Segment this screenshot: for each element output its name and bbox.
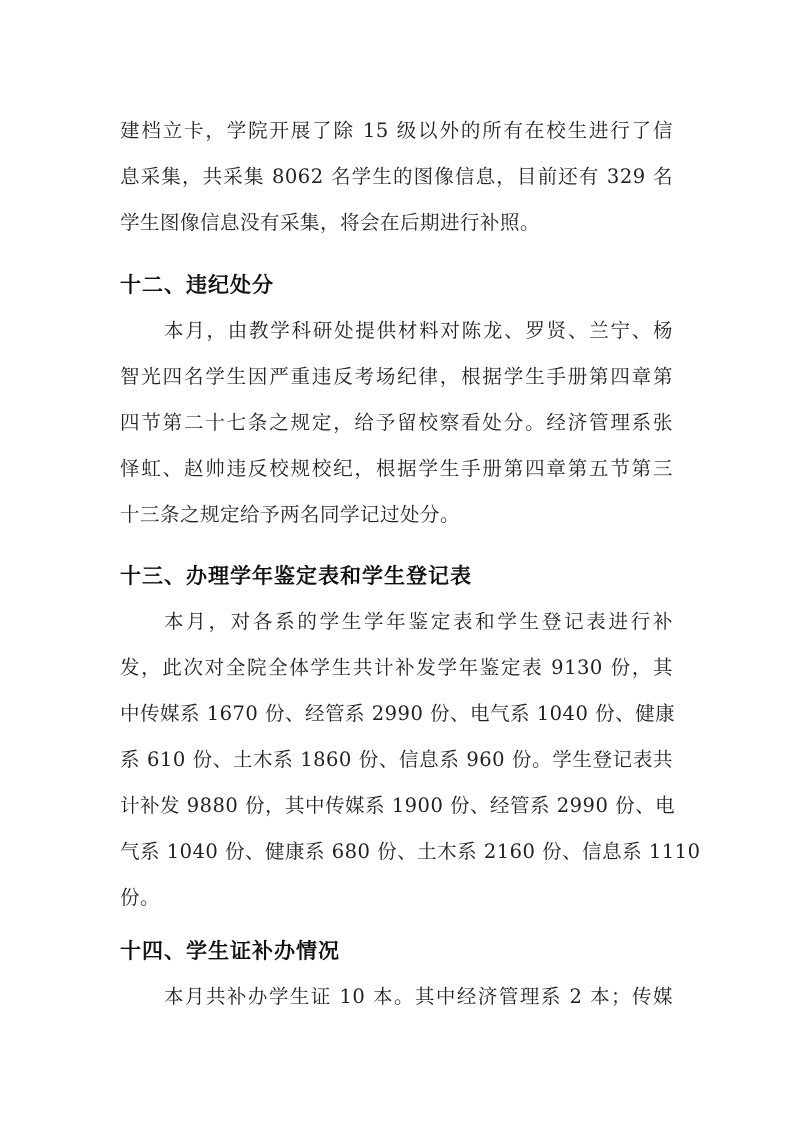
paragraph-line: 发，此次对全院全体学生共计补发学年鉴定表 9130 份，其 [120, 655, 673, 681]
paragraph-line: 建档立卡，学院开展了除 15 级以外的所有在校生进行了信 [120, 118, 673, 144]
paragraph-line: 智光四名学生因严重违反考场纪律，根据学生手册第四章第 [120, 364, 673, 390]
paragraph-line: 本月，由教学科研处提供材料对陈龙、罗贤、兰宁、杨 [164, 318, 673, 344]
paragraph-line: 计补发 9880 份，其中传媒系 1900 份、经管系 2990 份、电 [120, 793, 673, 819]
paragraph-line: 学生图像信息没有采集，将会在后期进行补照。 [120, 210, 673, 236]
paragraph-line: 十三条之规定给予两名同学记过处分。 [120, 502, 673, 528]
section-heading: 十三、办理学年鉴定表和学生登记表 [120, 562, 472, 590]
section-heading: 十二、违纪处分 [120, 271, 274, 299]
section-heading: 十四、学生证补办情况 [120, 937, 340, 965]
paragraph-line: 四节第二十七条之规定，给予留校察看处分。经济管理系张 [120, 410, 673, 436]
paragraph-line: 本月，对各系的学生学年鉴定表和学生登记表进行补 [164, 609, 673, 635]
paragraph-line: 本月共补办学生证 10 本。其中经济管理系 2 本；传媒 [164, 984, 673, 1010]
paragraph-line: 系 610 份、土木系 1860 份、信息系 960 份。学生登记表共 [120, 747, 673, 773]
paragraph-line: 怿虹、赵帅违反校规校纪，根据学生手册第四章第五节第三 [120, 456, 673, 482]
paragraph-line: 份。 [120, 885, 673, 911]
paragraph-line: 中传媒系 1670 份、经管系 2990 份、电气系 1040 份、健康 [120, 701, 673, 727]
paragraph-line: 气系 1040 份、健康系 680 份、土木系 2160 份、信息系 1110 [120, 839, 673, 865]
paragraph-line: 息采集，共采集 8062 名学生的图像信息，目前还有 329 名 [120, 164, 673, 190]
